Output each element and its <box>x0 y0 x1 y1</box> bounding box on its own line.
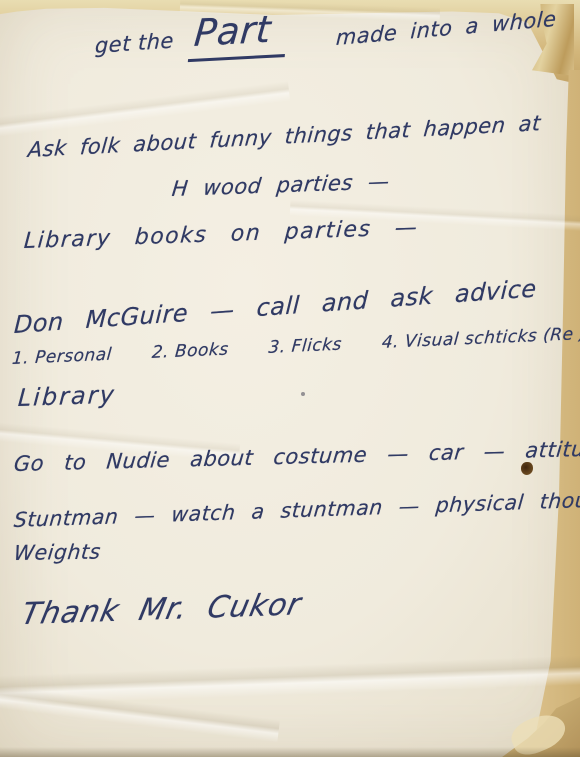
note-line-nudie: Go to Nudie about costume — car — attitu… <box>13 436 580 476</box>
torn-edge-right <box>510 70 580 757</box>
heading-prefix: get the <box>95 28 175 58</box>
note-line-library-books: Library books on parties — <box>23 215 419 254</box>
ink-stain <box>521 462 533 475</box>
list-item-visual-schticks: 4. Visual schticks (Re ) <box>381 324 580 353</box>
note-line-weights: Weights <box>13 539 102 565</box>
paper-crease <box>0 642 580 717</box>
note-line-stuntman: Stuntman — watch a stuntman — physical t… <box>13 486 580 532</box>
note-line-ask-folks: Ask folk about funny things that happen … <box>27 111 542 162</box>
paper-speck <box>301 392 305 396</box>
heading-suffix: made into a whole <box>335 7 557 50</box>
list-item-personal: 1. Personal <box>11 345 112 369</box>
list-item-flicks: 3. Flicks <box>268 335 343 358</box>
list-item-books: 2. Books <box>151 339 229 362</box>
paper-crease <box>0 669 281 752</box>
heading-keyword-underlined: Part <box>188 7 289 62</box>
scanned-note-page: get the Part made into a whole Ask folk … <box>0 0 580 757</box>
note-line-closing: Thank Mr. Cukor <box>18 587 305 632</box>
note-line-hwood-parties: H wood parties — <box>171 169 391 201</box>
note-line-library: Library <box>17 381 117 413</box>
page-bottom-shadow <box>0 747 580 757</box>
